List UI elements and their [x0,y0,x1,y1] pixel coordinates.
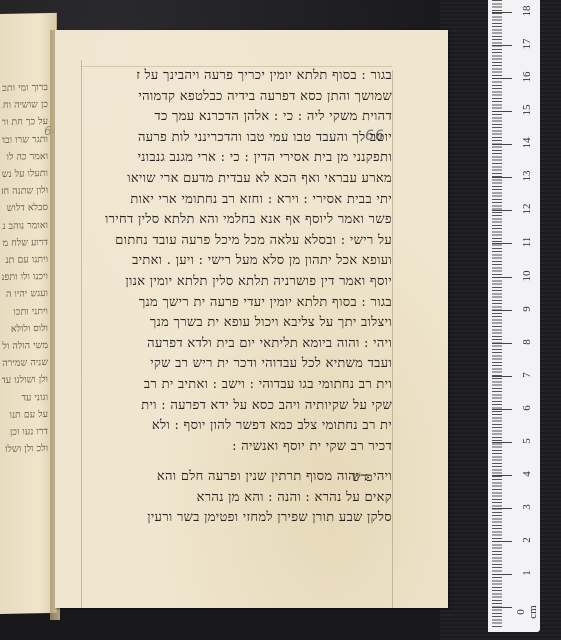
text-line: פשר ואמר ליוסף אף אנא בחלמי והא תלתא סלי… [81,210,392,231]
ruler-major-tick [492,277,512,278]
ruler-label: 9 [521,300,533,318]
ruler-label: 15 [521,101,533,119]
text-line: ויצלוב יתך על צליבא ויכול עופא ית בשרך מ… [81,313,392,334]
ruler-label: 5 [521,432,533,450]
left-text-line: ויתני ותכו [2,303,48,321]
ruler-label: 7 [521,366,533,384]
ruler-label: 18 [521,2,533,20]
ruler-major-tick [492,508,512,509]
left-page-text: ברוך ומי ותכנכן שושיה וחנעל כך חת ותנותג… [2,79,48,458]
ruler-label: 16 [521,68,533,86]
ruler-label: 2 [521,531,533,549]
ruler-label: 10 [521,267,533,285]
left-text-line: סבלא דלוש [2,199,48,217]
left-text-line: ולוס ולולא [2,320,48,338]
ruler-major-tick [492,177,512,178]
ruler-label: 4 [521,465,533,483]
left-text-line: ויתנו עם תנ [2,251,48,269]
ruler-label: 0 cm [515,603,539,621]
manuscript-recto-page: 66 בגור : בסוף תלתא יומין יכריך פרעה ויה… [55,30,448,608]
left-text-line: ולן ושולנו עד [2,371,48,389]
left-text-line: ולכ ולן ושלו [2,440,48,458]
left-text-line: ועגש יהיו ה [2,285,48,303]
text-line: ויהי : והוה מסוף תרתין שנין ופרעה חלם וה… [81,467,392,488]
left-text-line: וגוני עד [2,389,48,407]
left-text-line: ואמר כה לו [2,148,48,166]
marginal-parashah-note: פרשׁ [352,470,373,485]
ruler-major-tick [492,243,512,244]
left-text-line: ויכנו ולו ותפנ [2,268,48,286]
left-verso-page-edge: ברוך ומי ותכנכן שושיה וחנעל כך חת ותנותג… [0,13,57,614]
text-line: בגור : בסוף תלתא יומין יעדי פרעה ית רישך… [81,293,392,314]
text-line: ית רב נחתומי צלב כמא דפשר להון יוסף : ול… [81,416,392,437]
ruler-major-tick [492,12,512,13]
text-line: מארע עבראי ואף הכא לא עבדית מדעם ארי שוי… [81,169,392,190]
ruler-label: 3 [521,498,533,516]
manuscript-text-block: בגור : בסוף תלתא יומין יכריך פרעה ויהבינ… [81,66,392,529]
ruler-major-tick [492,144,512,145]
left-text-line: ותגר שרו ובה [2,131,48,149]
ruler-label: 17 [521,35,533,53]
ruler-major-tick [492,475,512,476]
ruler-ticks [492,0,516,628]
text-line: ותפקנני מן בית אסירי הדין : כי : ארי מגנ… [81,148,392,169]
ruler-major-tick [492,111,512,112]
ruler-major-tick [492,45,512,46]
ruler-label: 8 [521,333,533,351]
ruler-major-tick [492,541,512,542]
ruler-major-tick [492,78,512,79]
ruler-major-tick [492,210,512,211]
text-line: ויהי : והוה ביומא תליתאי יום בית ולדא דפ… [81,334,392,355]
left-text-line: שניה שמירה [2,354,48,372]
ruler-major-tick [492,376,512,377]
ruler-major-tick [492,310,512,311]
left-text-line: על עם תנו [2,406,48,424]
text-line: בגור : בסוף תלתא יומין יכריך פרעה ויהבינ… [81,66,392,87]
text-line: דהוית משקי ליה : כי : אלהן הדכרנא עמך כד [81,107,392,128]
text-line: שקי על שקיותיה ויהב כסא על ידא דפרעה : ו… [81,396,392,417]
ruler-label: 11 [521,233,533,251]
left-text-line: על כך חת ותנ [2,113,48,131]
left-text-line: ברוך ומי ותכנ [2,79,48,97]
text-line: ועופא אכל יתהון מן סלא מעל רישי : ויען .… [81,251,392,272]
left-text-line: דרוע שלח מנה [2,234,48,252]
left-text-line: דרו נעו וכן [2,423,48,441]
ruling-line-right [392,70,393,608]
ruler-major-tick [492,607,512,608]
text-line: על רישי : ובסלא עלאה מכל מיכל פרעה עובד … [81,231,392,252]
text-line: סלקן שבע תורן שפירן למחזי ופטימן בשר ורע… [81,508,392,529]
ruler-label: 6 [521,399,533,417]
left-text-line: ואומר נוהב נה [2,217,48,235]
text-line: קאים על נהרא : והנה : והא מן נהרא [81,488,392,509]
ruler-major-tick [492,343,512,344]
ruler-label: 14 [521,134,533,152]
left-text-line: משי הולה ולו [2,337,48,355]
text-line: שמושך והתן כסא דפרעה בידיה כבלטפא קדמוהי [81,87,392,108]
ruler-label: 13 [521,167,533,185]
text-line: יוטב לך והעבד טבו עמי טבו והדכרינני לות … [81,128,392,149]
paragraph-gap [81,457,392,467]
left-text-line: כן שושיה וחנ [2,96,48,114]
ruler-label: 12 [521,200,533,218]
ruler-label: 1 [521,564,533,582]
text-line: דכיר רב שקי ית יוסף ואנשיה : [81,437,392,458]
text-line: יתי בבית אסירי : וירא : וחזא רב נחתומי א… [81,190,392,211]
text-line: יוסף ואמר דין פושרניה תלתא סלין תלתא יומ… [81,272,392,293]
left-text-line: ולון שתנה חד [2,182,48,200]
text-line: וית רב נחתומי בגו עבדוהי : וישב : ואתיב … [81,375,392,396]
left-text-line: ותעלו על נשה [2,165,48,183]
ruler-major-tick [492,409,512,410]
text-line: ועבד משתיא לכל עבדוהי ודכר ית ריש רב שקי [81,354,392,375]
ruler-major-tick [492,574,512,575]
centimetre-scale-ruler: 0 cm123456789101112131415161718 [488,0,540,632]
ruler-major-tick [492,442,512,443]
